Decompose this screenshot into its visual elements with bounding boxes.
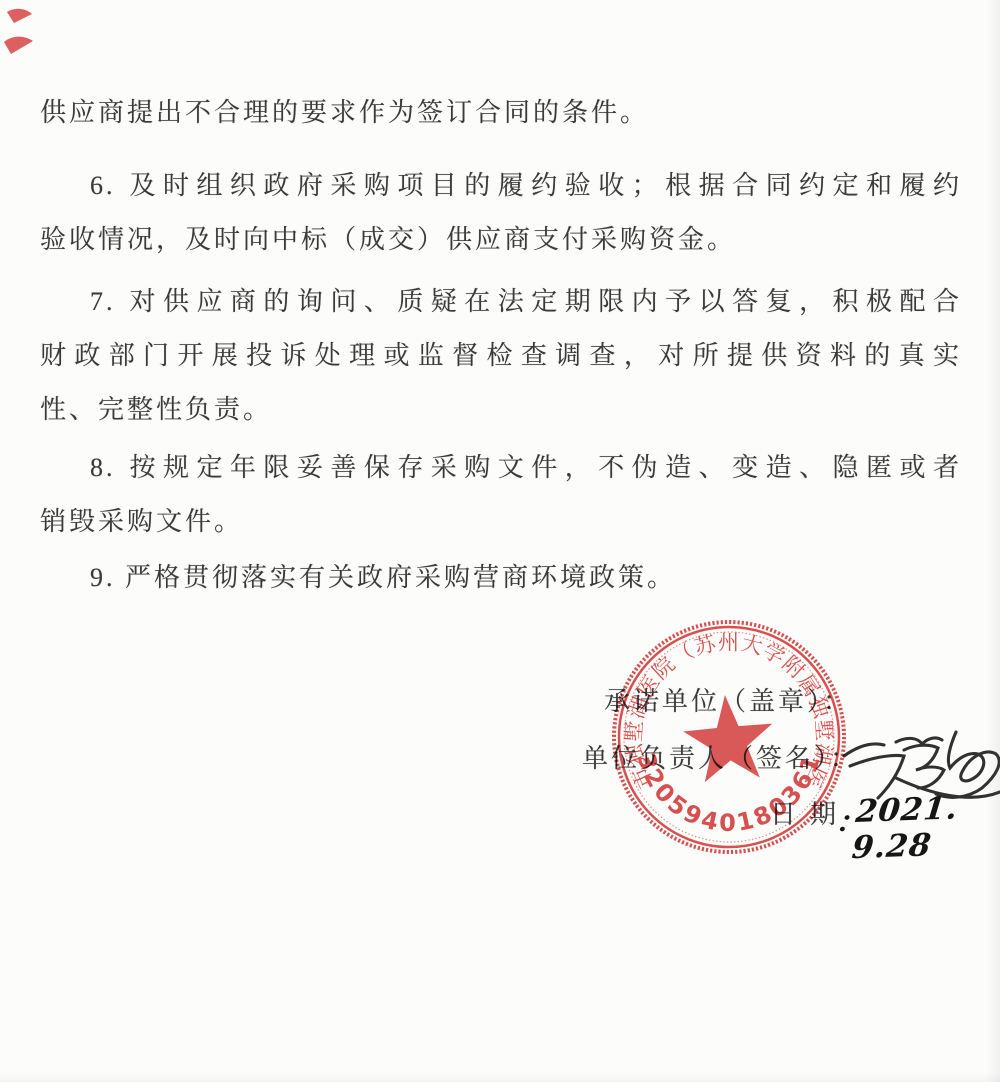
document-line: 8. 按规定年限妥善保存采购文件，不伪造、变造、隐匿或者 — [40, 441, 962, 495]
document-line: 供应商提出不合理的要求作为签订合同的条件。 — [40, 86, 962, 140]
red-corner-marks-icon — [2, 6, 38, 62]
document-line: 验收情况，及时向中标（成交）供应商支付采购资金。 — [40, 213, 962, 267]
paragraph: 供应商提出不合理的要求作为签订合同的条件。 — [40, 86, 962, 140]
document-body: 供应商提出不合理的要求作为签订合同的条件。6. 及时组织政府采购项目的履约验收；… — [40, 86, 962, 605]
paragraph: 6. 及时组织政府采购项目的履约验收；根据合同约定和履约验收情况，及时向中标（成… — [40, 159, 962, 267]
document-line: 9. 严格贯彻落实有关政府采购营商环境政策。 — [40, 551, 962, 605]
document-line: 财政部门开展投诉处理或监督检查调查，对所提供资料的真实 — [40, 329, 962, 383]
seal-star-icon — [680, 691, 776, 783]
document-line: 性、完整性负责。 — [40, 383, 962, 437]
paragraph: 8. 按规定年限妥善保存采购文件，不伪造、变造、隐匿或者销毁采购文件。 — [40, 441, 962, 549]
document-line: 7. 对供应商的询问、质疑在法定期限内予以答复，积极配合 — [40, 275, 962, 329]
document-line: 销毁采购文件。 — [40, 495, 962, 549]
paragraph: 9. 严格贯彻落实有关政府采购营商环境政策。 — [40, 551, 962, 605]
official-seal: 苏州市独墅湖医院（苏州大学附属独墅湖医院） 3205940180361 — [600, 610, 860, 870]
paragraph: 7. 对供应商的询问、质疑在法定期限内予以答复，积极配合财政部门开展投诉处理或监… — [40, 275, 962, 437]
scanned-document-page: 供应商提出不合理的要求作为签订合同的条件。6. 及时组织政府采购项目的履约验收；… — [0, 0, 1000, 1082]
handwritten-signature — [838, 714, 1000, 814]
document-line: 6. 及时组织政府采购项目的履约验收；根据合同约定和履约 — [40, 159, 962, 213]
